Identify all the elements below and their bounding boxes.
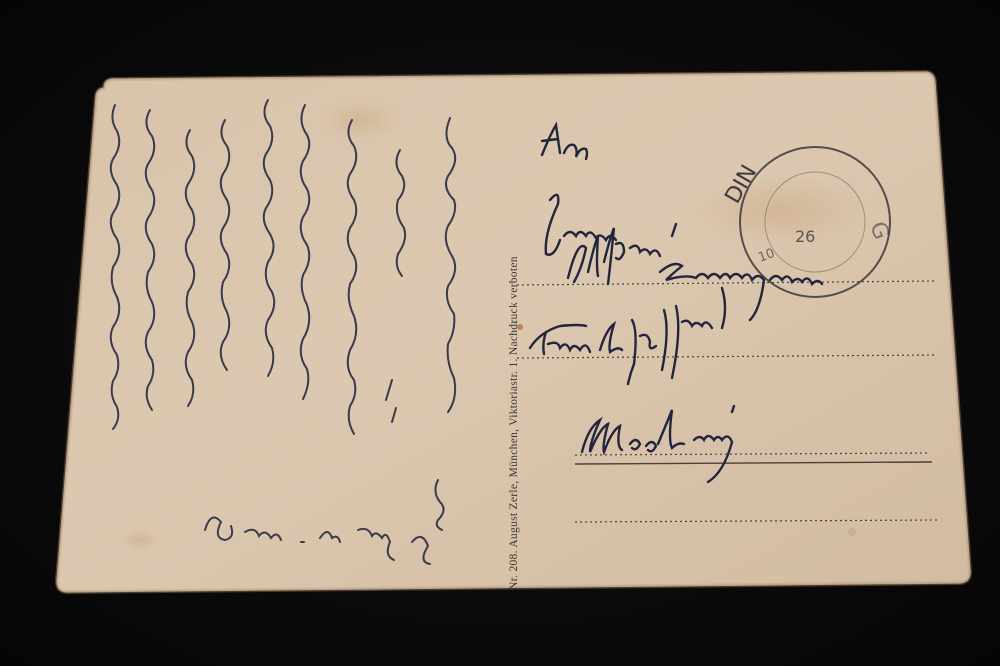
publisher-imprint: Nr. 208. August Zerle, München, Viktoria…	[508, 256, 520, 590]
postcard-paper: DIN 26 10 G	[0, 0, 1000, 666]
postmark-day: 26	[795, 227, 815, 246]
postcard: DIN 26 10 G	[0, 0, 1000, 666]
